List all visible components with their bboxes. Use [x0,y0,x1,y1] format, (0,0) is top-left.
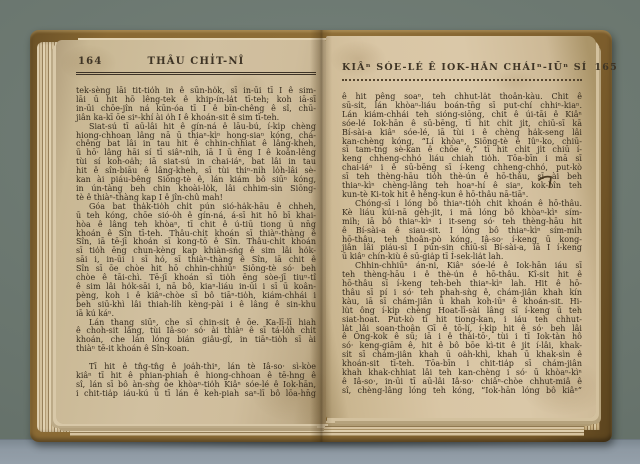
left-header-rule [76,72,316,75]
right-page: KIÂⁿ SÓE-LÉ Ê IOK-HĀN CHÁIⁿ-IŪⁿ SÍ165 ê … [326,36,596,418]
paragraph: Tī hit ê tn̂g-tn̂g ê joa̍h-thiⁿ, lán tè … [76,363,316,399]
book: 164 THÂU CHI̍T-NÎ tek-sèng lāi tit-tio̍h… [30,30,612,442]
left-page-number: 164 [78,56,102,67]
paragraph: Chóng-sī i lóng bô thiaⁿ-tio̍h chit khoá… [342,200,582,262]
paragraph: Góa bat tha̍k-tio̍h chi̍t pún sió-ha̍k-h… [76,203,316,319]
left-running-head-title: THÂU CHI̍T-NÎ [76,56,316,67]
left-page-body: tek-sèng lāi tit-tio̍h in ê sūn-ho̍k, sī… [76,87,316,399]
paragraph: Siat-sú tī aū-lâi hit ê gín-ná ê lāu-bú,… [76,123,316,203]
left-running-head: 164 THÂU CHI̍T-NÎ [76,56,316,69]
page-spread: 164 THÂU CHI̍T-NÎ tek-sèng lāi tit-tio̍h… [56,40,596,424]
pen-mark [538,174,555,189]
right-header-rule [342,79,582,81]
text-line: sî, chèng-lâng lóng teh kóng, “Iok-hān l… [342,387,582,396]
left-page: 164 THÂU CHI̍T-NÎ tek-sèng lāi tit-tio̍h… [56,40,326,424]
paragraph: tek-sèng lāi tit-tio̍h in ê sūn-ho̍k, sī… [76,87,316,123]
text-line: thiàⁿ tē-it khoán ê Sîn-koan. [76,345,316,354]
right-page-number: 165 [594,62,617,73]
photo-of-open-book: { "photo": { "background_color": "#6e7b7… [0,0,640,464]
left-page-content: 164 THÂU CHI̍T-NÎ tek-sèng lāi tit-tio̍h… [56,40,326,424]
paragraph: Chhin-chhiūⁿ án-ni, Kiâⁿ sóe-lé ê Iok-hā… [342,262,582,396]
right-page-content: KIÂⁿ SÓE-LÉ Ê IOK-HĀN CHÁIⁿ-IŪⁿ SÍ165 ê … [326,36,596,418]
text-line: i chit-tia̍p iáu-kú ū tī lán ê keh-piah … [76,390,316,399]
right-page-body: ê hit pêng soaⁿ, teh chhut-la̍t thoân-kà… [342,93,582,396]
paragraph: Lán thang siūⁿ, che sī chin-si̍t ê ōe. K… [76,319,316,355]
right-running-head-title: KIÂⁿ SÓE-LÉ Ê IOK-HĀN CHÁIⁿ-IŪⁿ SÍ [342,62,587,73]
right-running-head: KIÂⁿ SÓE-LÉ Ê IOK-HĀN CHÁIⁿ-IŪⁿ SÍ165 [342,62,582,75]
